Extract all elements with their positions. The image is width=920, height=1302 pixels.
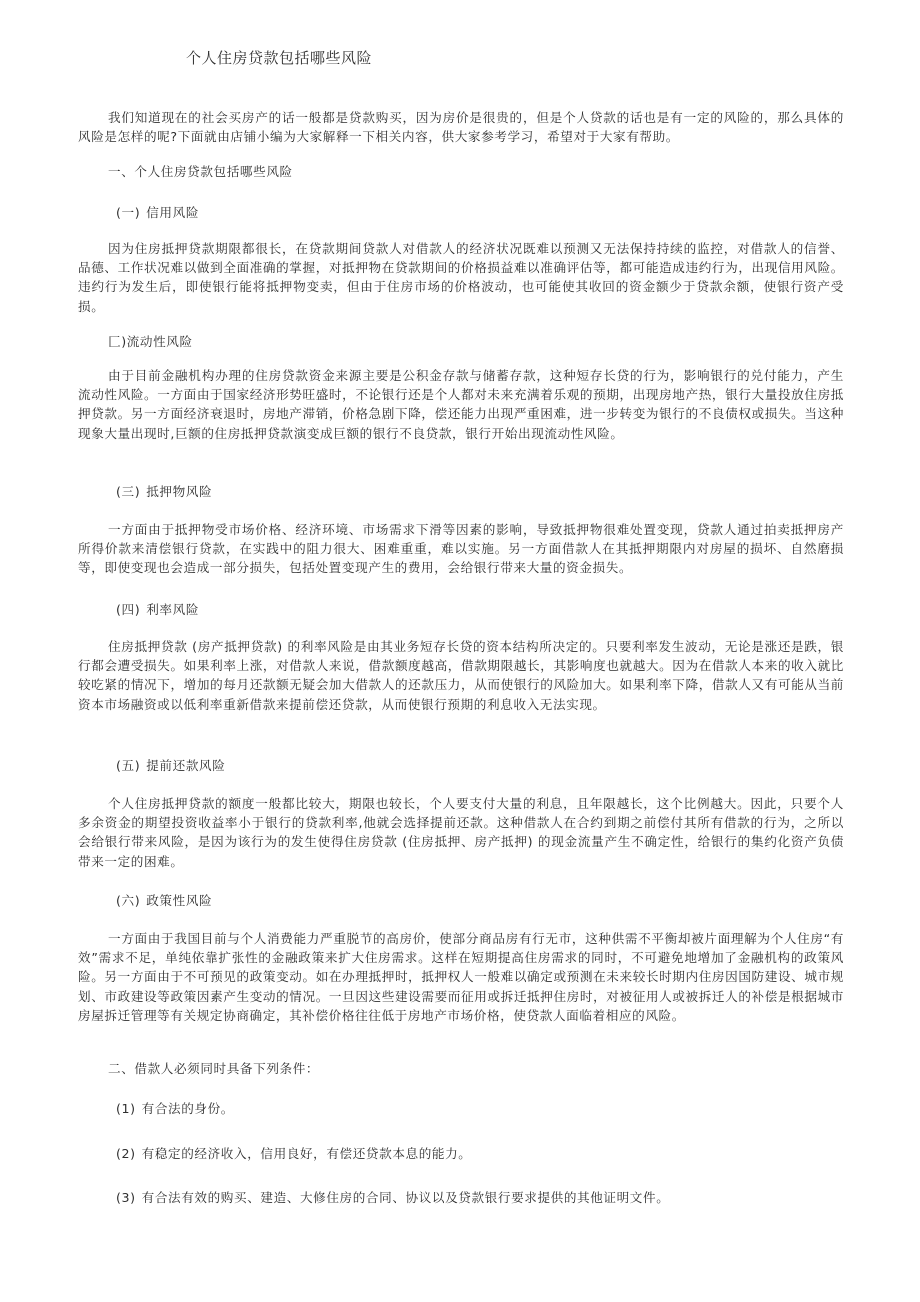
risk-number: (三) [116, 484, 140, 499]
section-1-heading: 一、个人住房贷款包括哪些风险 [108, 162, 293, 181]
risk-label: 信用风险 [146, 205, 199, 220]
risk-number: 匚) [108, 334, 127, 349]
condition-text: 有合法的身份。 [142, 1101, 234, 1116]
risk-label: 抵押物风险 [146, 484, 212, 499]
risk-label: 提前还款风险 [146, 758, 225, 773]
risk-label: 流动性风险 [127, 334, 193, 349]
risk-number: (六) [116, 893, 140, 908]
risk-label: 利率风险 [146, 602, 199, 617]
risk-heading-interest-rate: (四)利率风险 [116, 600, 199, 619]
risk-number: (一) [116, 205, 140, 220]
condition-item: (3)有合法有效的购买、建造、大修住房的合同、协议以及贷款银行要求提供的其他证明… [116, 1188, 669, 1207]
risk-number: (四) [116, 602, 140, 617]
risk-heading-credit: (一)信用风险 [116, 203, 199, 222]
condition-item: (1)有合法的身份。 [116, 1099, 234, 1118]
risk-body-liquidity: 由于目前金融机构办理的住房贷款资金来源主要是公积金存款与储蓄存款，这种短存长贷的… [78, 366, 844, 443]
risk-heading-liquidity: 匚)流动性风险 [108, 332, 193, 351]
risk-body-prepayment: 个人住房抵押贷款的额度一般都比较大，期限也较长，个人要支付大量的利息，且年限越长… [78, 794, 844, 871]
risk-number: (五) [116, 758, 140, 773]
risk-heading-prepayment: (五)提前还款风险 [116, 756, 225, 775]
condition-text: 有合法有效的购买、建造、大修住房的合同、协议以及贷款银行要求提供的其他证明文件。 [142, 1190, 670, 1205]
condition-text: 有稳定的经济收入，信用良好，有偿还贷款本息的能力。 [142, 1146, 472, 1161]
document-title: 个人住房贷款包括哪些风险 [186, 48, 372, 68]
condition-number: (1) [116, 1101, 136, 1116]
condition-item: (2)有稳定的经济收入，信用良好，有偿还贷款本息的能力。 [116, 1144, 471, 1163]
intro-paragraph: 我们知道现在的社会买房产的话一般都是贷款购买，因为房价是很贵的，但是个人贷款的话… [78, 108, 844, 146]
risk-body-collateral: 一方面由于抵押物受市场价格、经济环境、市场需求下滑等因素的影响，导致抵押物很难处… [78, 520, 844, 578]
risk-heading-policy: (六)政策性风险 [116, 891, 212, 910]
section-2-heading: 二、借款人必须同时具备下列条件： [108, 1059, 319, 1078]
condition-number: (2) [116, 1146, 136, 1161]
risk-heading-collateral: (三)抵押物风险 [116, 482, 212, 501]
risk-body-interest-rate: 住房抵押贷款 (房产抵押贷款) 的利率风险是由其业务短存长贷的资本结构所决定的。… [78, 637, 844, 714]
risk-body-policy: 一方面由于我国目前与个人消费能力严重脱节的高房价，使部分商品房有行无市，这种供需… [78, 929, 844, 1025]
risk-label: 政策性风险 [146, 893, 212, 908]
risk-body-credit: 因为住房抵押贷款期限都很长，在贷款期间贷款人对借款人的经济状况既难以预测又无法保… [78, 239, 844, 316]
condition-number: (3) [116, 1190, 136, 1205]
